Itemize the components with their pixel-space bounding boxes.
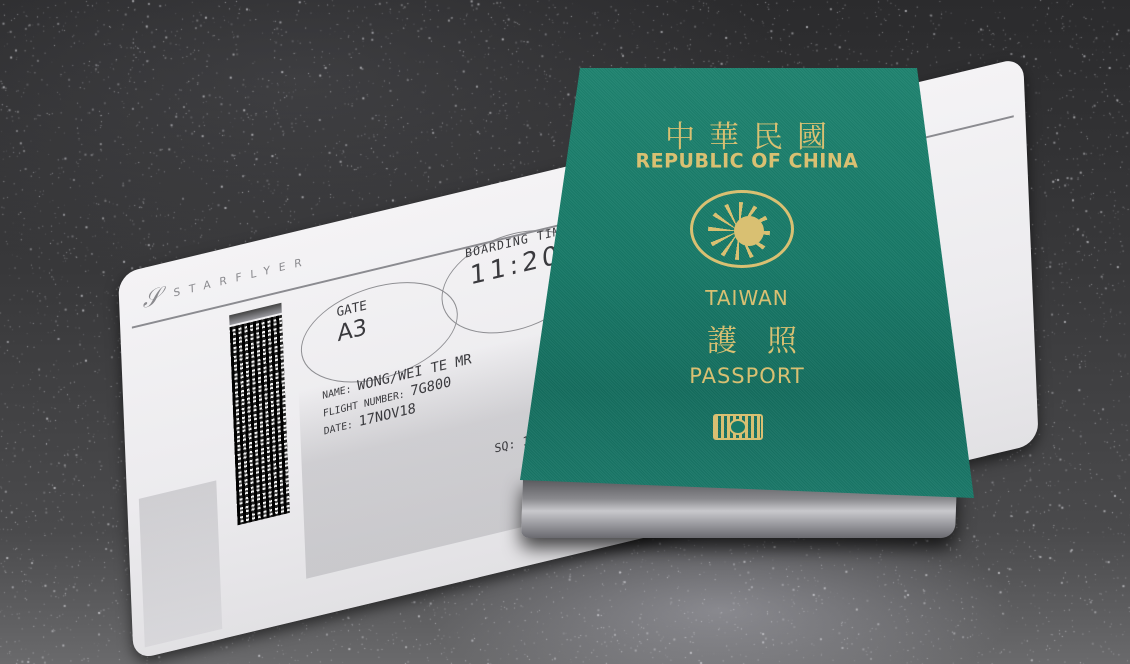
- biometric-chip-icon: [713, 414, 763, 440]
- passport-doc-chinese: 護照: [520, 316, 994, 360]
- passport-cover: 中華民國 REPUBLIC OF CHINA TAIWAN 護照 PASSPOR…: [520, 68, 974, 498]
- airline-name: STARFLYER: [173, 254, 310, 300]
- pass-photo-strip: [139, 480, 222, 647]
- airline-logo-icon: 𝒮: [142, 282, 161, 314]
- passport-country: TAIWAN: [520, 286, 974, 310]
- barcode: [230, 315, 290, 526]
- sun-disc-icon: [734, 216, 764, 246]
- passport-title-english: REPUBLIC OF CHINA: [520, 149, 974, 172]
- passport-doc-english: PASSPORT: [520, 364, 974, 388]
